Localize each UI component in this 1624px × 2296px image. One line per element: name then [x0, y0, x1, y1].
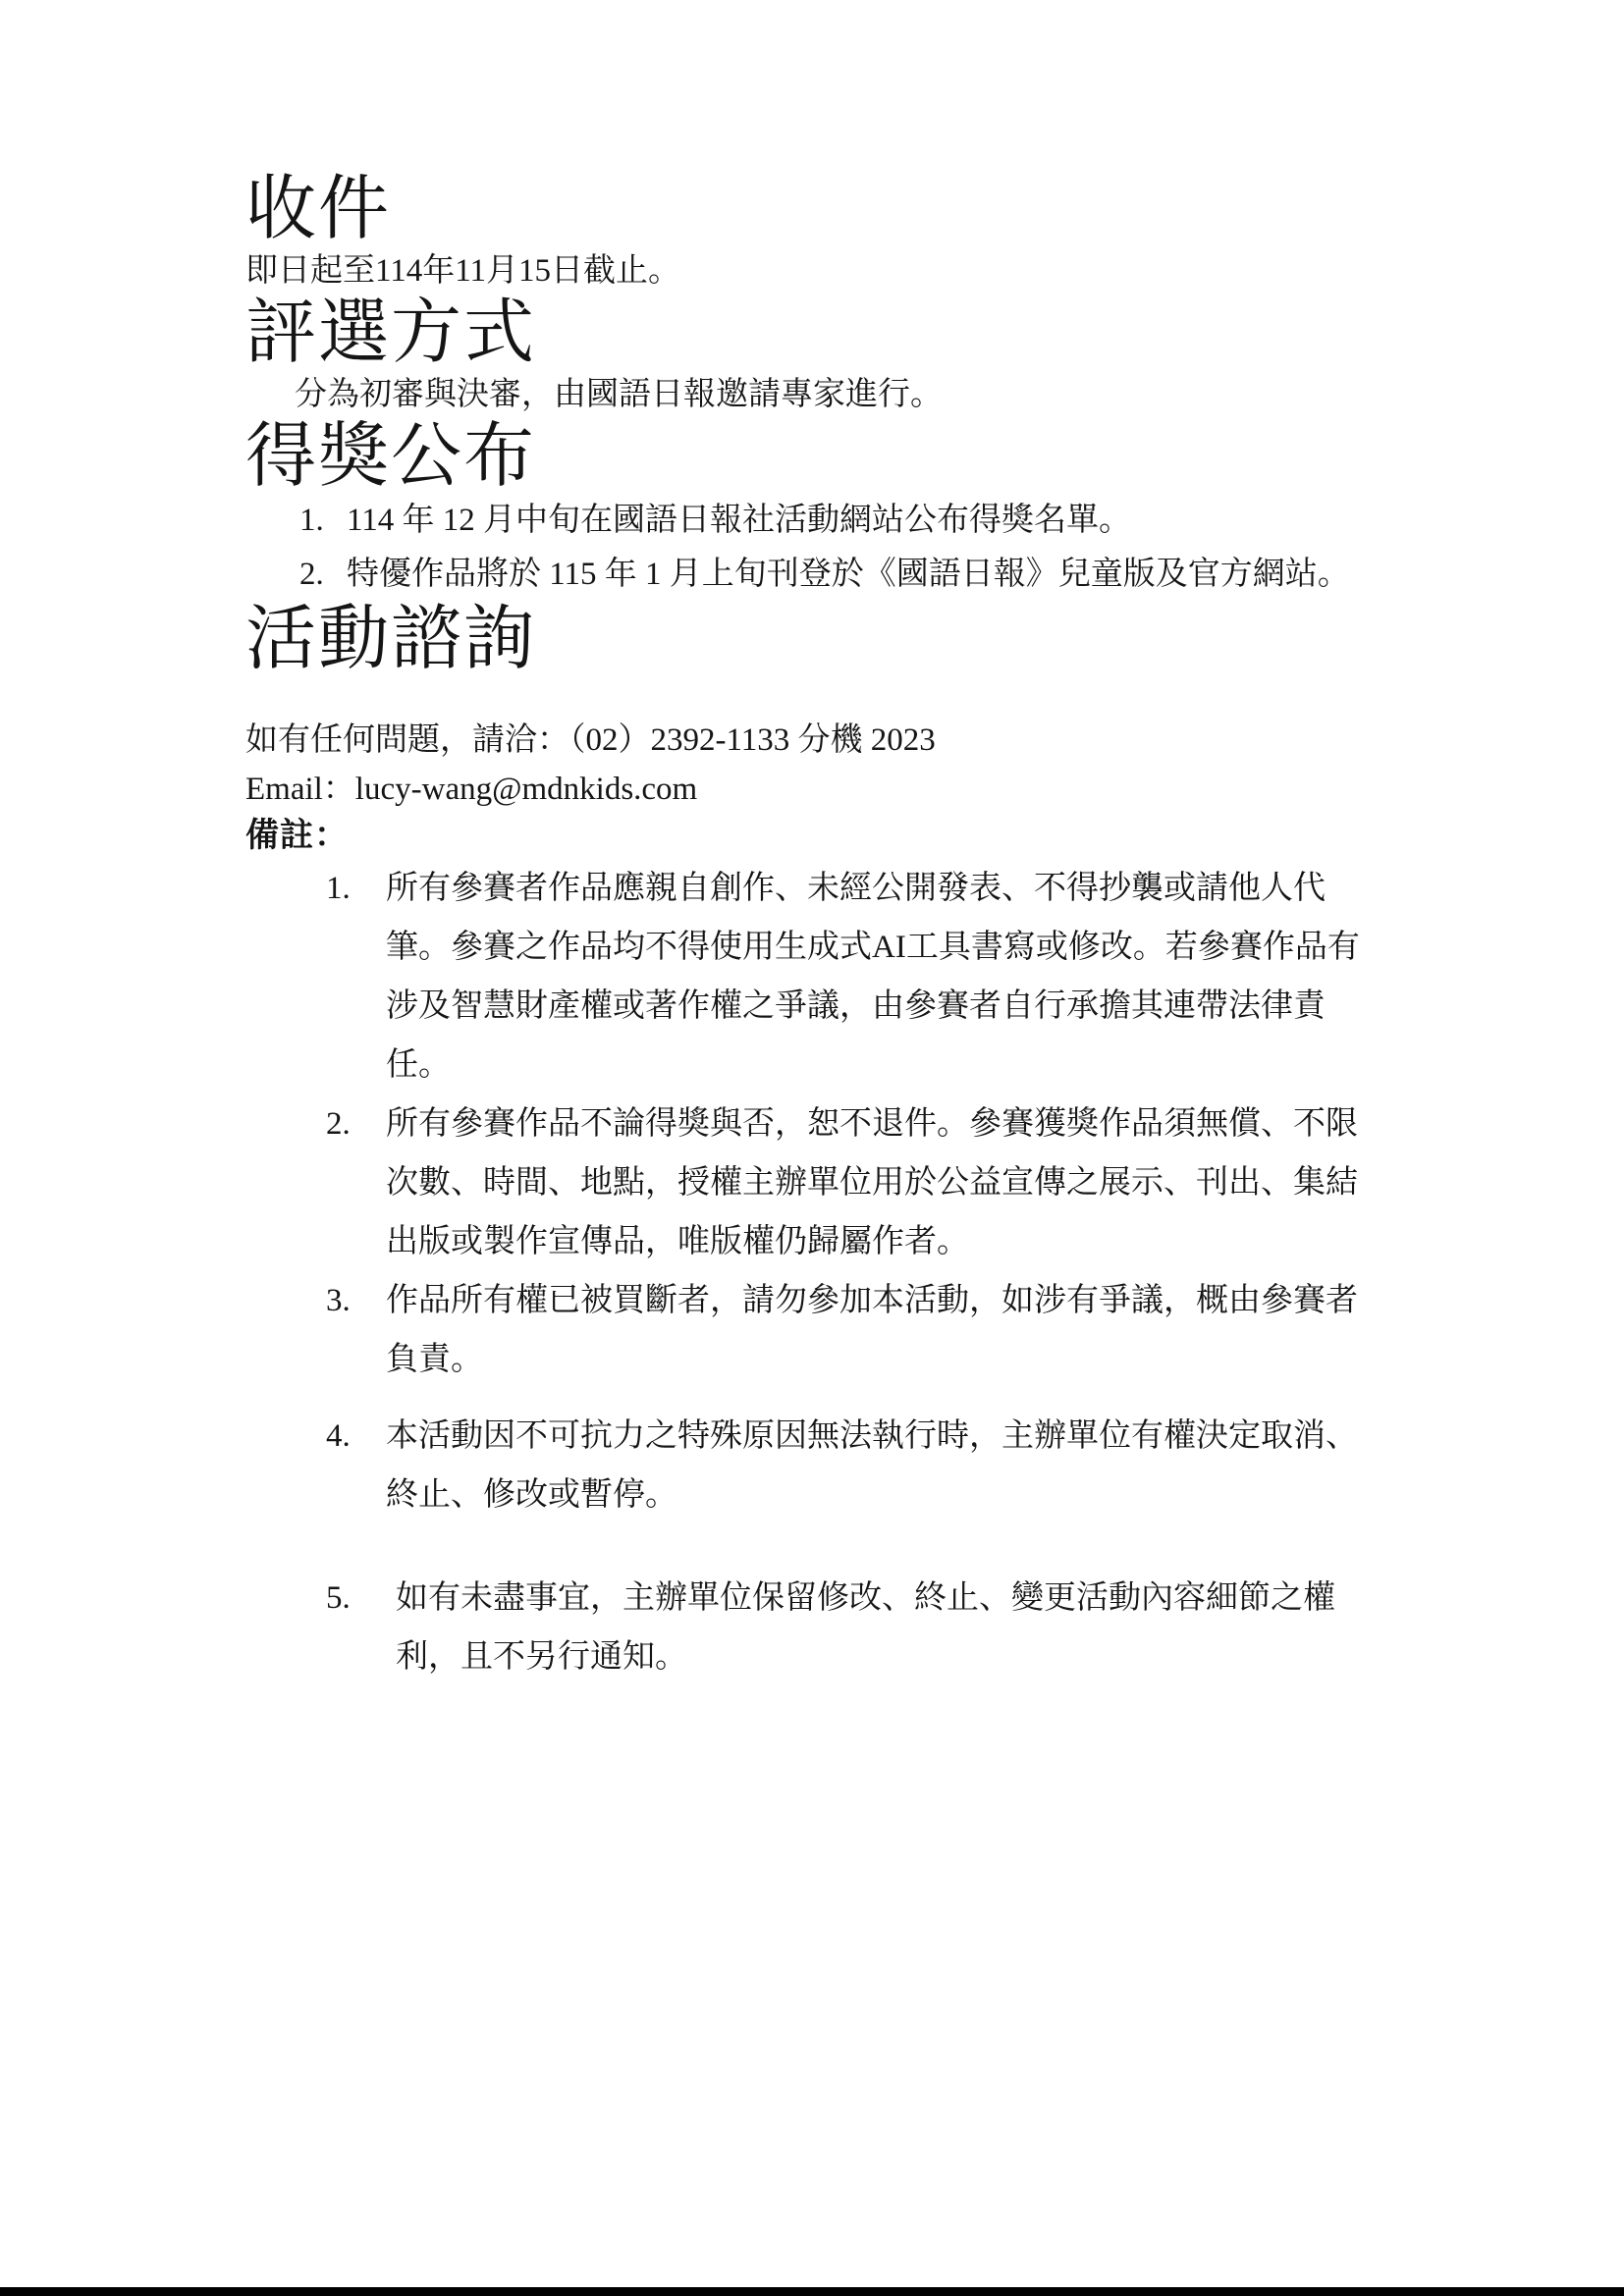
list-item-number: 2. [299, 548, 347, 602]
heading-zixun: 活動諮詢 [245, 602, 1398, 676]
heading-pingxuan: 評選方式 [245, 295, 1398, 370]
note-line: 任。 [386, 1036, 1360, 1095]
note-line: 利，且不另行通知。 [396, 1628, 1335, 1686]
notes-heading: 備註： [245, 814, 1398, 859]
note-item-text: 所有參賽作品不論得獎與否，恕不退件。參賽獲獎作品須無償、不限 次數、時間、地點，… [386, 1095, 1358, 1271]
note-line: 作品所有權已被買斷者，請勿參加本活動，如涉有爭議，概由參賽者 [386, 1271, 1358, 1330]
awards-announcement-list: 1. 114 年 12 月中旬在國語日報社活動網站公布得獎名單。 2. 特優作品… [245, 494, 1398, 602]
list-item-number: 1. [299, 494, 347, 548]
document-page: 收件 即日起至114年11月15日截止。 評選方式 分為初審與決審，由國語日報邀… [0, 0, 1624, 2296]
note-line: 所有參賽作品不論得獎與否，恕不退件。參賽獲獎作品須無償、不限 [386, 1095, 1358, 1153]
note-line: 所有參賽者作品應親自創作、未經公開發表、不得抄襲或請他人代 [386, 859, 1360, 918]
note-line: 終止、修改或暫停。 [386, 1466, 1358, 1524]
note-item: 5. 如有未盡事宜，主辦單位保留修改、終止、變更活動內容細節之權 利，且不另行通… [245, 1569, 1398, 1686]
list-item: 2. 特優作品將於 115 年 1 月上旬刊登於《國語日報》兒童版及官方網站。 [245, 548, 1398, 602]
page-bottom-edge-bar [0, 2287, 1624, 2296]
deadline-text: 即日起至114年11月15日截止。 [245, 246, 1398, 295]
note-item: 2. 所有參賽作品不論得獎與否，恕不退件。參賽獲獎作品須無償、不限 次數、時間、… [245, 1095, 1398, 1271]
note-line: 出版或製作宣傳品，唯版權仍歸屬作者。 [386, 1212, 1358, 1271]
note-line: 本活動因不可抗力之特殊原因無法執行時，主辦單位有權決定取消、 [386, 1407, 1358, 1466]
heading-shoujian: 收件 [245, 172, 1398, 246]
note-line: 負責。 [386, 1330, 1358, 1389]
note-item: 3. 作品所有權已被買斷者，請勿參加本活動，如涉有爭議，概由參賽者 負責。 [245, 1271, 1398, 1389]
note-item-number: 5. [326, 1569, 386, 1686]
note-item-number: 2. [326, 1095, 386, 1271]
note-line: 筆。參賽之作品均不得使用生成式AI工具書寫或修改。若參賽作品有 [386, 918, 1360, 977]
note-item-number: 4. [326, 1407, 386, 1524]
list-item: 1. 114 年 12 月中旬在國語日報社活動網站公布得獎名單。 [245, 494, 1398, 548]
note-item: 4. 本活動因不可抗力之特殊原因無法執行時，主辦單位有權決定取消、 終止、修改或… [245, 1407, 1398, 1524]
contact-phone-text: 如有任何問題，請洽：（02）2392-1133 分機 2023 [245, 716, 1398, 765]
note-line: 涉及智慧財產權或著作權之爭議，由參賽者自行承擔其連帶法律責 [386, 977, 1360, 1036]
contact-block: 如有任何問題，請洽：（02）2392-1133 分機 2023 Email：lu… [245, 716, 1398, 814]
note-item: 1. 所有參賽者作品應親自創作、未經公開發表、不得抄襲或請他人代 筆。參賽之作品… [245, 859, 1398, 1095]
judging-text: 分為初審與決審，由國語日報邀請專家進行。 [245, 370, 1398, 419]
note-item-text: 如有未盡事宜，主辦單位保留修改、終止、變更活動內容細節之權 利，且不另行通知。 [386, 1569, 1335, 1686]
note-item-number: 1. [326, 859, 386, 1095]
contact-email-text: Email：lucy-wang@mdnkids.com [245, 765, 1398, 814]
note-line: 次數、時間、地點，授權主辦單位用於公益宣傳之展示、刊出、集結 [386, 1153, 1358, 1212]
note-item-text: 本活動因不可抗力之特殊原因無法執行時，主辦單位有權決定取消、 終止、修改或暫停。 [386, 1407, 1358, 1524]
notes-list: 1. 所有參賽者作品應親自創作、未經公開發表、不得抄襲或請他人代 筆。參賽之作品… [245, 859, 1398, 1686]
note-line: 如有未盡事宜，主辦單位保留修改、終止、變更活動內容細節之權 [396, 1569, 1335, 1628]
note-item-text: 所有參賽者作品應親自創作、未經公開發表、不得抄襲或請他人代 筆。參賽之作品均不得… [386, 859, 1360, 1095]
list-item-text: 114 年 12 月中旬在國語日報社活動網站公布得獎名單。 [347, 494, 1131, 548]
heading-dejiang: 得獎公布 [245, 419, 1398, 494]
list-item-text: 特優作品將於 115 年 1 月上旬刊登於《國語日報》兒童版及官方網站。 [347, 548, 1350, 602]
note-item-text: 作品所有權已被買斷者，請勿參加本活動，如涉有爭議，概由參賽者 負責。 [386, 1271, 1358, 1389]
note-item-number: 3. [326, 1271, 386, 1389]
